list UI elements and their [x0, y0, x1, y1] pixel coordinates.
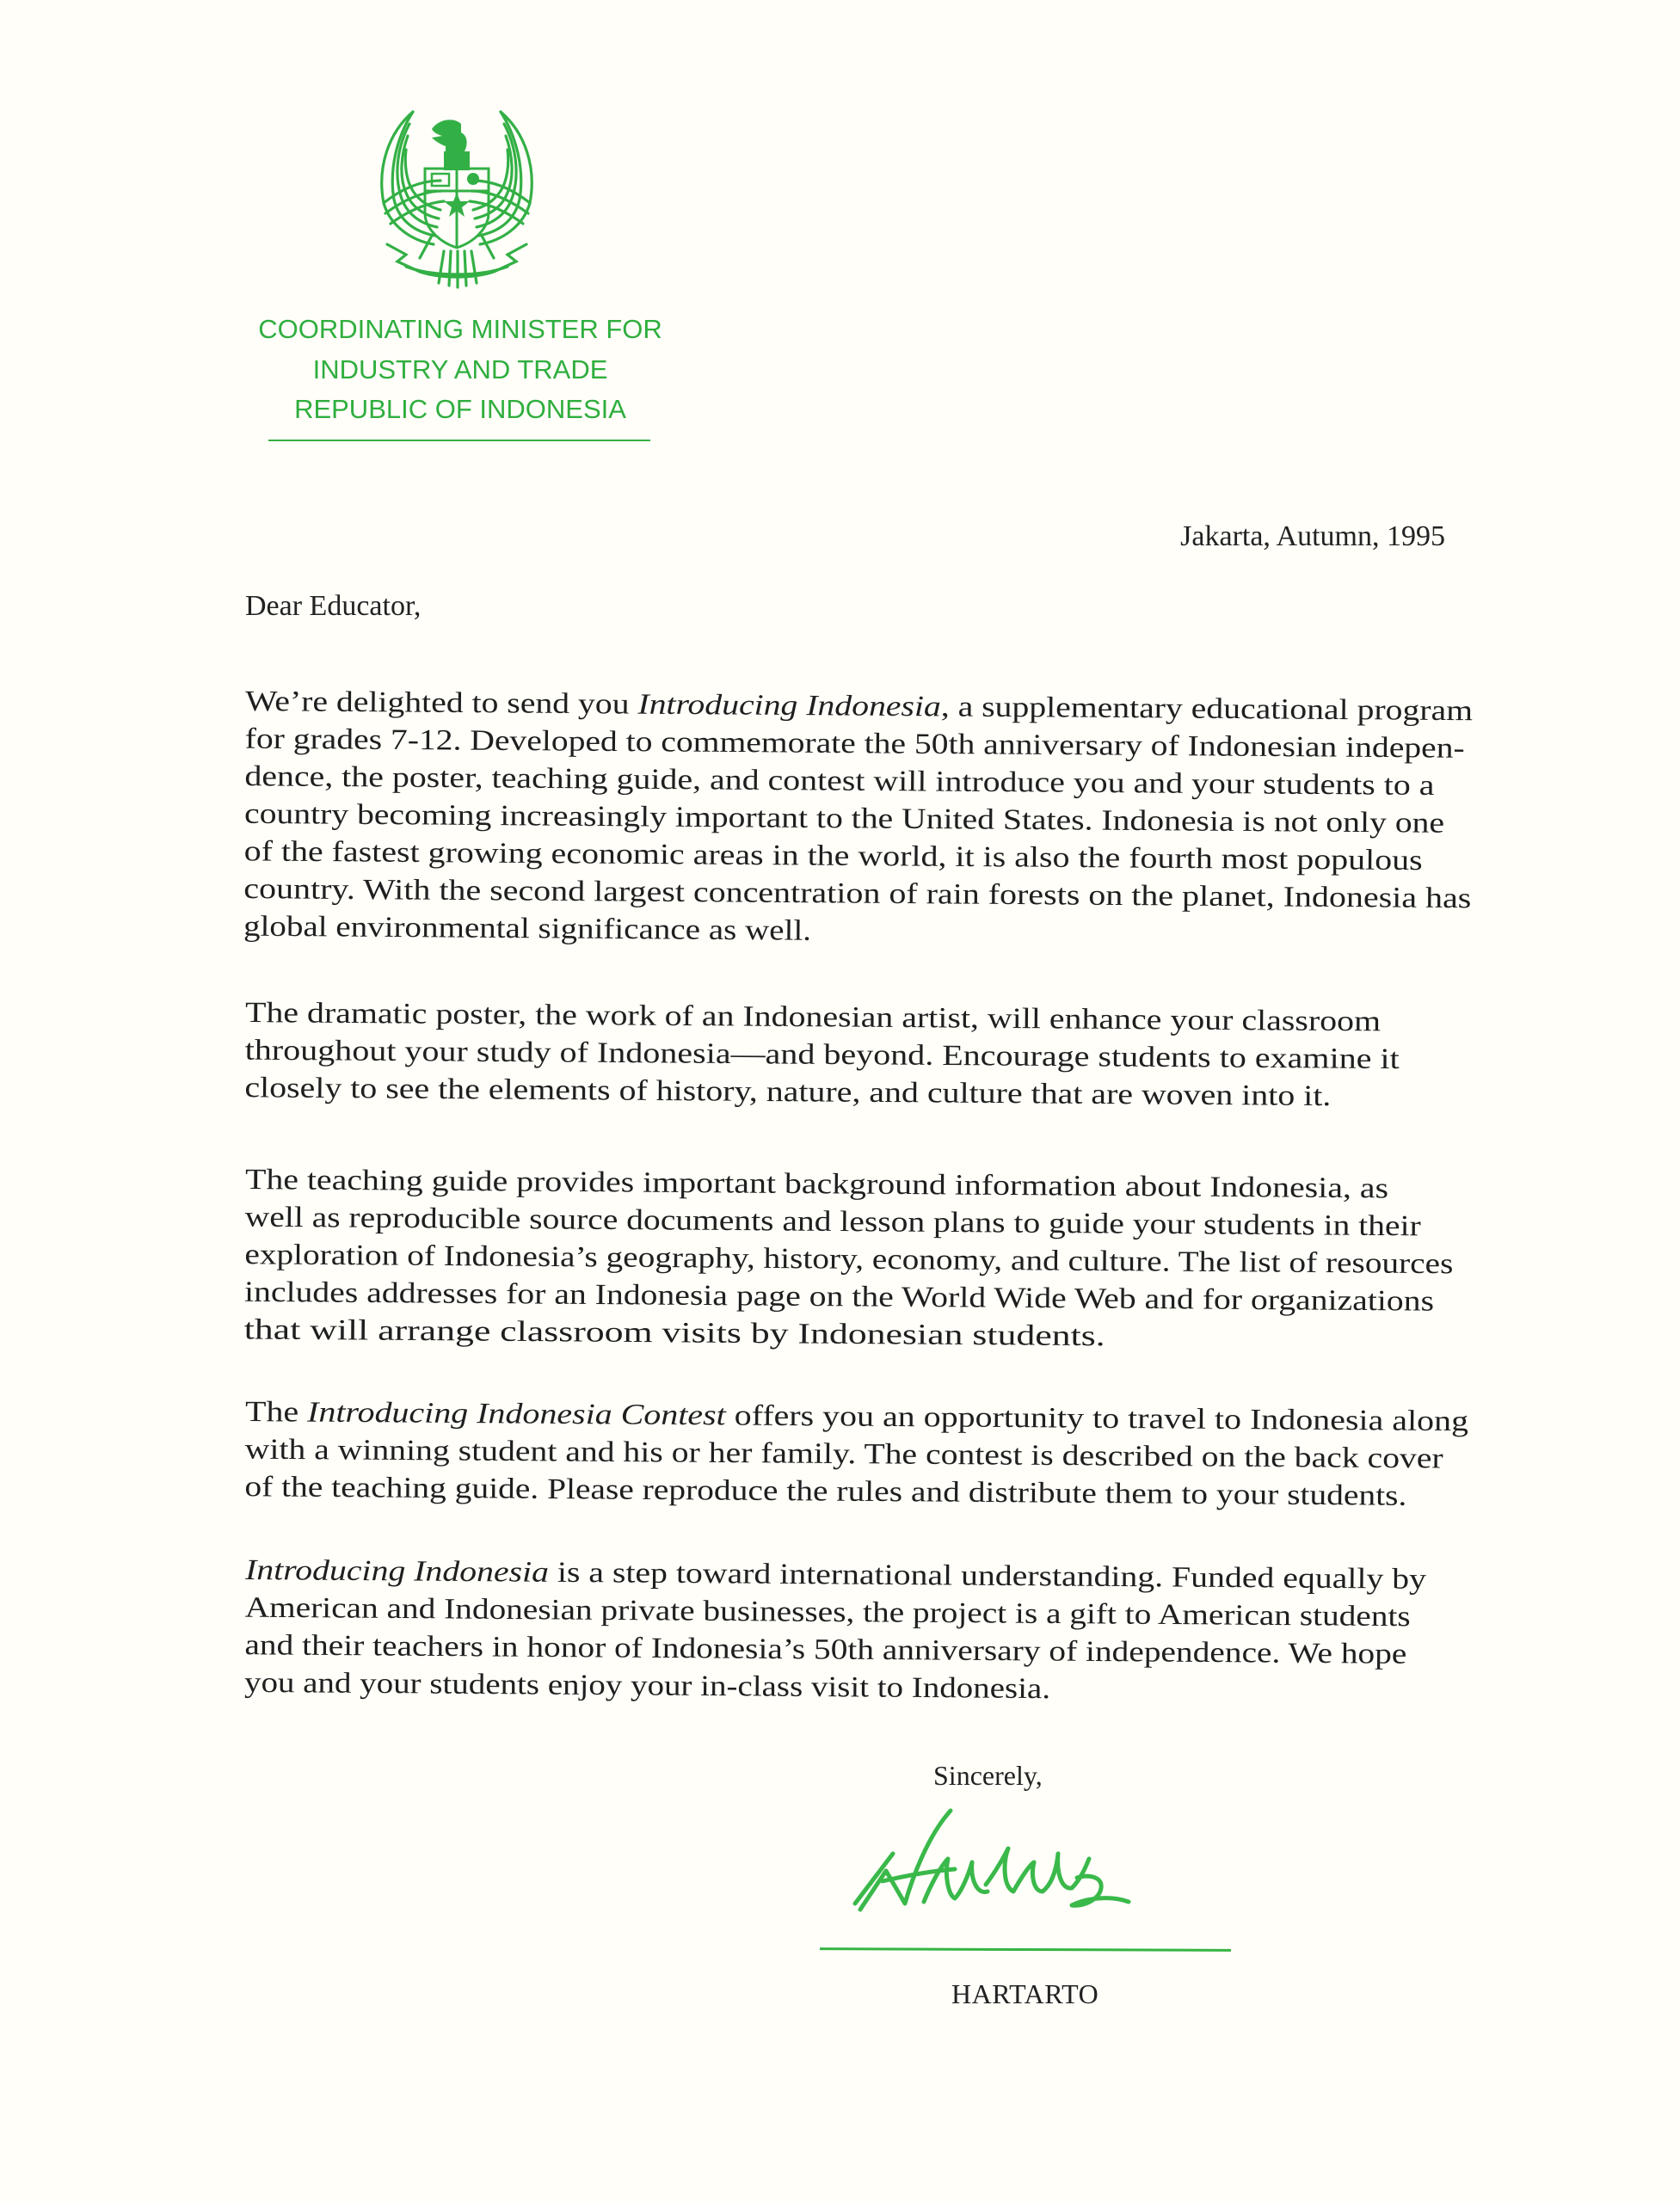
text-run: country. With the second largest concent… — [243, 873, 1471, 914]
body-line: American and Indonesian private business… — [245, 1592, 1411, 1633]
body-line: well as reproducible source documents an… — [245, 1202, 1422, 1243]
text-run: you and your students enjoy your in-clas… — [244, 1667, 1050, 1705]
text-run: of the teaching guide. Please reproduce … — [244, 1471, 1406, 1512]
paragraph-5: Introducing Indonesia is a step toward i… — [243, 1554, 1426, 1708]
text-run: closely to see the elements of history, … — [244, 1072, 1331, 1112]
body-line: We’re delighted to send you Introducing … — [245, 686, 1473, 727]
paragraph-4: The Introducing Indonesia Contest offers… — [244, 1396, 1468, 1512]
text-run: , a supplementary educational program — [941, 691, 1474, 727]
text-run: The — [245, 1396, 307, 1429]
letter-page: COORDINATING MINISTER FOR INDUSTRY AND T… — [0, 0, 1680, 2202]
text-run: The teaching guide provides important ba… — [245, 1164, 1388, 1204]
body-line: throughout your study of Indonesia—and b… — [245, 1035, 1400, 1076]
body-line: closely to see the elements of history, … — [244, 1072, 1331, 1112]
body-line: The Introducing Indonesia Contest offers… — [245, 1396, 1468, 1437]
text-run: for grades 7-12. Developed to commemorat… — [245, 723, 1465, 765]
text-run: offers you an opportunity to travel to I… — [726, 1399, 1469, 1437]
signer-name: HARTARTO — [951, 1978, 1098, 2010]
text-run: with a winning student and his or her fa… — [245, 1434, 1444, 1475]
italic-title: Introducing Indonesia — [244, 1554, 549, 1589]
body-line: country. With the second largest concent… — [243, 873, 1471, 914]
letter-body: We’re delighted to send you Introducing … — [0, 0, 1680, 2202]
body-line: that will arrange classroom visits by In… — [244, 1313, 1105, 1352]
italic-title: Introducing Indonesia — [637, 689, 941, 723]
closing: Sincerely, — [933, 1760, 1043, 1792]
body-line: includes addresses for an Indonesia page… — [244, 1276, 1434, 1318]
body-line: global environmental significance as wel… — [243, 911, 811, 947]
italic-title: Introducing Indonesia Contest — [306, 1397, 728, 1432]
paragraph-1: We’re delighted to send you Introducing … — [243, 686, 1473, 952]
body-line: for grades 7-12. Developed to commemorat… — [245, 723, 1465, 765]
text-run: country becoming increasingly important … — [244, 798, 1444, 840]
body-line: The teaching guide provides important ba… — [245, 1164, 1388, 1204]
body-line: and their teachers in honor of Indonesia… — [244, 1629, 1406, 1670]
body-line: with a winning student and his or her fa… — [245, 1434, 1444, 1475]
text-run: includes addresses for an Indonesia page… — [244, 1276, 1434, 1318]
handwritten-signature-icon — [852, 1802, 1153, 1922]
body-line: country becoming increasingly important … — [244, 798, 1444, 840]
text-run: dence, the poster, teaching guide, and c… — [244, 760, 1434, 802]
text-run: exploration of Indonesia’s geography, hi… — [244, 1239, 1453, 1280]
text-run: global environmental significance as wel… — [243, 911, 811, 947]
text-run: well as reproducible source documents an… — [245, 1202, 1422, 1243]
body-line: The dramatic poster, the work of an Indo… — [245, 997, 1381, 1037]
text-run: The dramatic poster, the work of an Indo… — [245, 997, 1381, 1037]
body-line: of the teaching guide. Please reproduce … — [244, 1471, 1406, 1512]
text-run: that will arrange classroom visits by In… — [244, 1313, 1105, 1352]
text-run: of the fastest growing economic areas in… — [244, 835, 1423, 876]
text-run: throughout your study of Indonesia—and b… — [245, 1035, 1400, 1076]
body-line: you and your students enjoy your in-clas… — [244, 1667, 1050, 1705]
text-run: American and Indonesian private business… — [245, 1592, 1411, 1633]
paragraph-2: The dramatic poster, the work of an Indo… — [244, 997, 1400, 1113]
body-line: of the fastest growing economic areas in… — [244, 835, 1423, 876]
text-run: is a step toward international understan… — [549, 1557, 1426, 1596]
body-line: Introducing Indonesia is a step toward i… — [244, 1554, 1426, 1596]
body-line: dence, the poster, teaching guide, and c… — [244, 760, 1434, 802]
paragraph-3: The teaching guide provides important ba… — [244, 1164, 1455, 1355]
text-run: and their teachers in honor of Indonesia… — [244, 1629, 1406, 1670]
text-run: We’re delighted to send you — [245, 686, 638, 721]
body-line: exploration of Indonesia’s geography, hi… — [244, 1239, 1453, 1280]
